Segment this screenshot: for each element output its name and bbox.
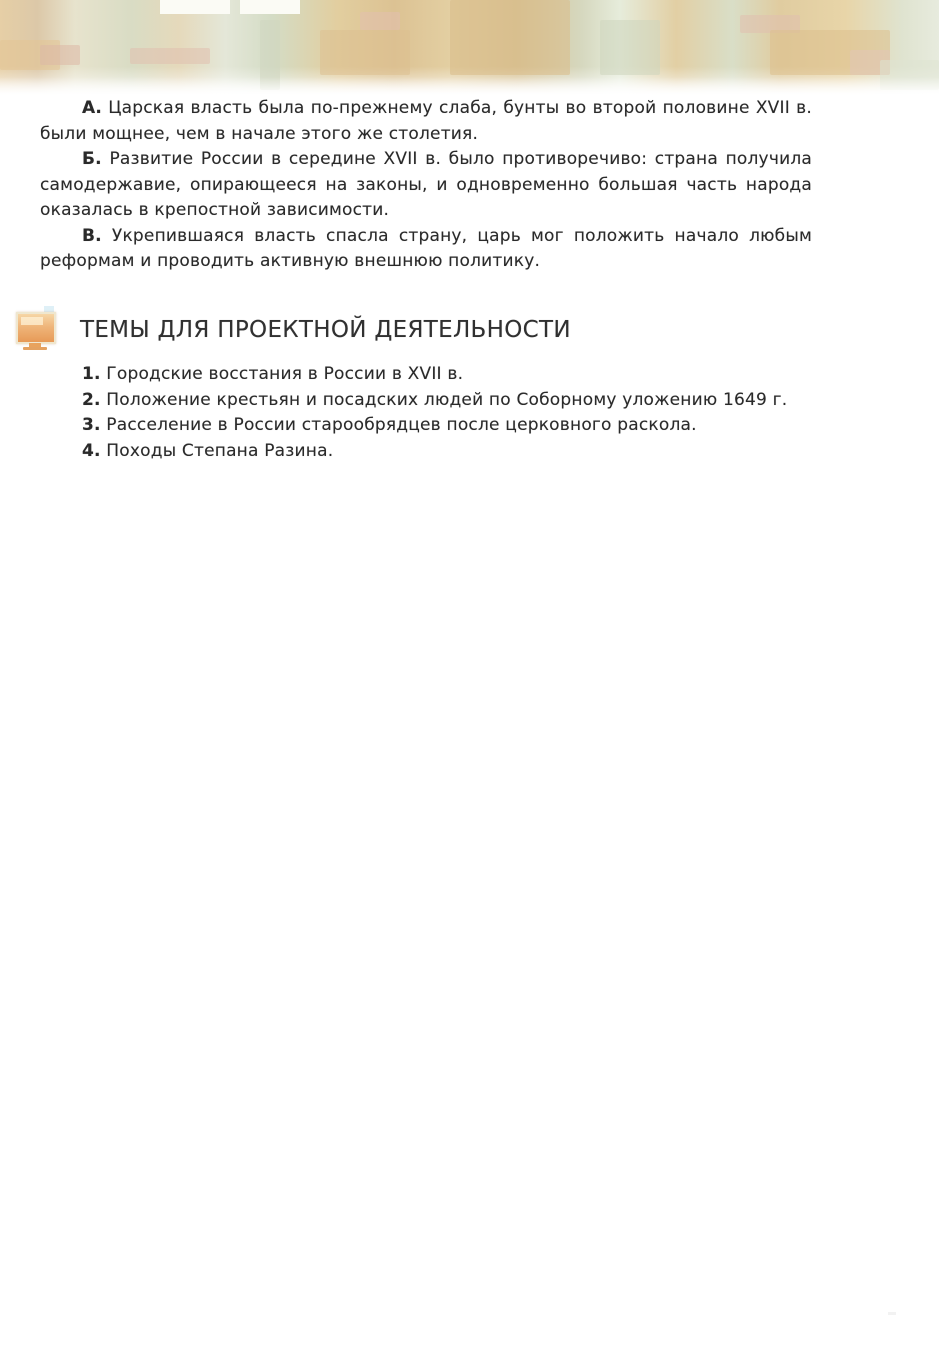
topic-text: Расселение в России старообрядцев после … [106,415,696,435]
answer-option-a: А. Царская власть была по-прежнему слаба… [40,96,812,147]
header-illustration-banner [0,0,939,95]
list-item: 4. Походы Степана Разина. [40,439,812,465]
answer-letter: Б. [82,149,102,169]
list-item: 2. Положение крестьян и посадских людей … [40,388,812,414]
topic-number: 1. [82,364,101,384]
topic-text: Городские восстания в России в XVII в. [106,364,463,384]
answer-text: Укрепившаяся власть спасла страну, царь … [40,226,812,272]
answer-options: А. Царская власть была по-прежнему слаба… [40,96,812,275]
answer-text: Развитие России в середине XVII в. было … [40,149,812,220]
topic-text: Походы Степана Разина. [106,441,333,461]
scan-artifact [888,1312,896,1315]
monitor-icon [14,306,56,354]
list-item: 1. Городские восстания в России в XVII в… [40,362,812,388]
banner-shape [450,0,570,75]
list-item: 3. Расселение в России старообрядцев пос… [40,413,812,439]
banner-shape [320,30,410,75]
banner-sky-patch [160,0,230,14]
topic-number: 2. [82,390,101,410]
banner-shape [40,45,80,65]
banner-shape [600,20,660,75]
topic-number: 4. [82,441,101,461]
banner-shape [130,48,210,64]
topic-number: 3. [82,415,101,435]
answer-option-b: Б. Развитие России в середине XVII в. бы… [40,147,812,224]
banner-shape [360,12,400,30]
section-title: ТЕМЫ ДЛЯ ПРОЕКТНОЙ ДЕЯТЕЛЬНОСТИ [80,317,571,343]
answer-letter: В. [82,226,102,246]
answer-option-c: В. Укрепившаяся власть спасла страну, ца… [40,224,812,275]
answer-letter: А. [82,98,102,118]
project-topics-header: ТЕМЫ ДЛЯ ПРОЕКТНОЙ ДЕЯТЕЛЬНОСТИ [14,306,571,354]
topic-text: Положение крестьян и посадских людей по … [106,390,787,410]
answer-text: Царская власть была по-прежнему слаба, б… [40,98,812,144]
banner-fade [0,77,939,95]
banner-sky-patch [240,0,300,14]
project-topics-list: 1. Городские восстания в России в XVII в… [40,362,812,464]
